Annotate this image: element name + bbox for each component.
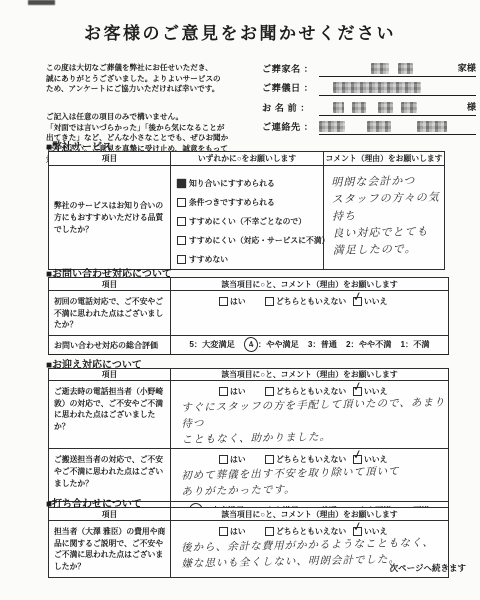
question-cell: 担当者（大澤 雅臣）の費用や商品に関するご説明で、ご不安やご不満に思われた点はご…: [49, 521, 171, 578]
checkbox-icon: [219, 297, 228, 306]
checkbox-icon: [177, 236, 186, 245]
checkbox-icon: [177, 198, 186, 207]
rating-scale-cell: 5：大変満足 4：やや満足 3：普通 2：やや不満 1：不満: [171, 336, 449, 355]
field-suffix: 家様: [458, 60, 476, 74]
choice-neutral: どちらともいえない: [265, 526, 346, 537]
redacted-value: [401, 102, 417, 113]
redacted-value: [417, 121, 447, 132]
checkbox-icon: [177, 217, 186, 226]
checkbox-icon: [219, 455, 228, 464]
checkbox-checked-icon: ✓: [353, 527, 362, 536]
field-value-line: [319, 113, 476, 136]
scale-label: ：やや不満: [351, 339, 392, 350]
scale-label: ：普通: [312, 339, 337, 350]
checkbox-checked-icon: ✓: [353, 387, 362, 396]
checkbox-checked-icon: [177, 179, 186, 188]
scale-label: ：やや満足: [258, 339, 299, 350]
page-title: お客様のご意見をお聞かせください: [0, 19, 480, 44]
scanned-survey-page: お客様のご意見をお聞かせください この度は大切なご葬儀を弊社にお任せいただき、 …: [0, 0, 480, 600]
field-label: ご連絡先 ：: [262, 119, 319, 135]
choice-no-checked: ✓ いいえ: [353, 386, 387, 397]
option-label: すすめない: [189, 254, 228, 265]
service-table: 項目 いずれかに○をお願いします コメント（理由）をお願いします 弊社のサービス…: [48, 151, 445, 270]
choice-no-checked: ✓ いいえ: [353, 296, 387, 307]
question-cell: 初回の電話対応で、ご不安やご不満に思われた点はございましたか？: [49, 291, 171, 336]
col-header-circle: 該当項目に○と、コメント（理由）をお願いします: [171, 369, 449, 381]
contact-fields: ご葬家名 ： 家様 ご葬儀日 ： お 名 前 ： 様 ご連絡先: [262, 57, 476, 135]
choice-yes: はい: [219, 454, 246, 465]
redacted-value: [333, 82, 421, 93]
handwritten-comment: すぐにスタッフの方を手配して頂いたので、あまり待つ こともなく、助かりました。: [181, 395, 449, 448]
redacted-value: [371, 63, 389, 74]
intro-paragraph-1: この度は大切なご葬儀を弊社にお任せいただき、 誠にありがとうございました。よりよ…: [46, 63, 260, 95]
checkbox-icon: [219, 387, 228, 396]
handwritten-comment: 明朗な会計かつ スタッフの方々の気持ち 良い対応でとても 満足したので。: [324, 163, 446, 259]
checkbox-checked-icon: ✓: [353, 455, 362, 464]
option-row: すすめにくい（対応・サービスに不満）: [177, 231, 323, 250]
option-label: すすめにくい（不幸ごとなので）: [189, 216, 306, 227]
inquiry-table: 項目 該当項目に○と、コメント（理由）をお願いします 初回の電話対応で、ご不安や…: [48, 277, 449, 355]
scale-label: ：大変満足: [194, 339, 235, 350]
checkbox-checked-icon: ✓: [353, 297, 362, 306]
redacted-value: [352, 102, 366, 113]
redacted-value: [398, 63, 413, 74]
redacted-value: [333, 102, 344, 113]
option-row: すすめにくい（不幸ごとなので）: [177, 212, 323, 231]
option-label: 知り合いにすすめられる: [189, 178, 275, 189]
answer-cell: はい どちらともいえない ✓ いいえ: [171, 291, 449, 336]
choice-no-checked: ✓ いいえ: [353, 454, 387, 465]
scale-label: ：不満: [405, 339, 430, 350]
col-header-circle: 該当項目に○と、コメント（理由）をお願いします: [171, 508, 449, 521]
option-row: 条件つきですすめられる: [177, 193, 323, 212]
choice-yes: はい: [219, 296, 246, 307]
rating-label: お問い合わせ対応の総合評価: [49, 336, 171, 355]
field-label: お 名 前 ：: [262, 100, 319, 116]
field-contact: ご連絡先 ：: [262, 116, 476, 136]
choice-row: はい どちらともいえない ✓ いいえ: [171, 296, 448, 310]
options-cell: 知り合いにすすめられる 条件つきですすめられる すすめにくい（不幸ごとなので） …: [171, 166, 324, 270]
rating-scale: 5：大変満足 4：やや満足 3：普通 2：やや不満 1：不満: [171, 336, 448, 350]
redacted-value: [367, 121, 391, 132]
answer-cell: はい どちらともいえない ✓ いいえ 初めて葬儀を出す不安を取り除いて頂いて あ…: [171, 449, 449, 502]
checkbox-icon: [265, 527, 274, 536]
checkbox-icon: [265, 455, 274, 464]
checkbox-icon: [265, 297, 274, 306]
next-page-note: 次ページへ続きます: [390, 562, 466, 574]
option-label: 条件つきですすめられる: [189, 197, 275, 208]
question-cell: 弊社のサービスはお知り合いの方にもおすすめいただける品質でしたか？: [49, 166, 171, 270]
col-header-circle: いずれかに○をお願いします: [171, 152, 324, 166]
col-header-item: 項目: [49, 508, 171, 521]
redacted-value: [319, 121, 345, 132]
choice-yes: はい: [219, 386, 246, 397]
checkbox-icon: [265, 387, 274, 396]
question-cell: ご搬送担当者の対応で、ご不安やご不満に思われた点はございましたか？: [49, 449, 171, 502]
scan-artifact-mark: [28, 0, 55, 5]
choice-yes: はい: [219, 526, 246, 537]
option-label: すすめにくい（対応・サービスに不満）: [189, 235, 329, 246]
choice-neutral: どちらともいえない: [265, 296, 346, 307]
field-label: ご葬家名 ：: [262, 61, 319, 77]
redacted-value: [378, 102, 393, 113]
col-header-item: 項目: [49, 278, 171, 291]
checkbox-icon: [219, 527, 228, 536]
col-header-item: 項目: [49, 152, 171, 166]
question-cell: ご逝去時の電話担当者（小野崎 敦）の対応で、ご不安やご不満に思われた点はございま…: [49, 381, 171, 449]
answer-cell: はい どちらともいえない ✓ いいえ すぐにスタッフの方を手配して頂いたので、あ…: [171, 381, 449, 449]
choice-neutral: どちらともいえない: [265, 386, 346, 397]
option-row: 知り合いにすすめられる: [177, 174, 323, 193]
choice-no-checked: ✓ いいえ: [353, 526, 387, 537]
field-suffix: 様: [467, 99, 476, 113]
comment-cell: 明朗な会計かつ スタッフの方々の気持ち 良い対応でとても 満足したので。: [324, 166, 445, 270]
option-row: すすめない: [177, 250, 323, 269]
choice-neutral: どちらともいえない: [265, 454, 346, 465]
col-header-circle: 該当項目に○と、コメント（理由）をお願いします: [171, 278, 449, 291]
handwritten-comment: 初めて葬儀を出す不安を取り除いて頂いて ありがたかったです。: [181, 464, 449, 501]
checkbox-icon: [177, 255, 186, 264]
scale-number-circled: 4: [243, 336, 259, 353]
col-header-item: 項目: [49, 369, 171, 381]
field-label: ご葬儀日 ：: [262, 80, 319, 96]
